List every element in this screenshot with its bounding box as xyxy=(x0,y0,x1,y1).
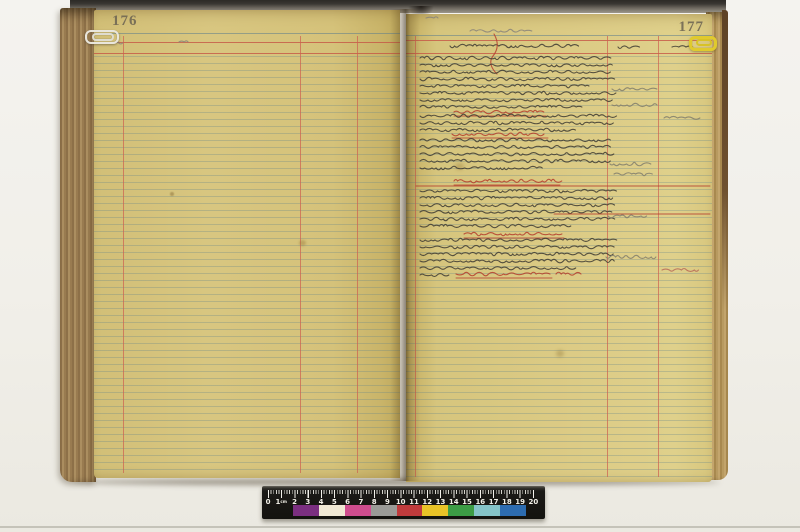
ruler-number: 20 xyxy=(529,498,539,506)
page-number-right: 177 xyxy=(679,19,705,36)
amount-column-line-2 xyxy=(357,36,358,473)
paperclip-wire-inner xyxy=(92,33,114,41)
calibration-color-patch xyxy=(500,505,526,516)
calibration-color-patch xyxy=(474,505,500,516)
calibration-color-patch xyxy=(448,505,474,516)
ruled-lines xyxy=(406,56,712,478)
stain xyxy=(299,240,306,246)
calibration-color-patch xyxy=(293,505,319,516)
ledger-page-right: 177 xyxy=(406,14,712,482)
paperclip-wire-inner xyxy=(696,39,712,46)
ledger-page-left: 176 xyxy=(94,10,400,478)
paperclip-silver xyxy=(85,30,119,44)
calibration-color-patch xyxy=(371,505,397,516)
color-calibration-strip xyxy=(293,505,526,516)
page-number-left: 176 xyxy=(112,13,138,30)
head-rule-blue xyxy=(406,35,712,36)
ruler-number: 0 xyxy=(266,498,271,506)
ruled-lines xyxy=(94,56,400,474)
gutter-shadow xyxy=(390,9,420,481)
paperclip-yellow xyxy=(689,36,717,51)
stain xyxy=(170,192,174,196)
archival-photo: 176 177 01cm2345678910111213141516171819… xyxy=(0,0,800,532)
stain xyxy=(556,350,564,357)
amount-column-line-2 xyxy=(658,36,659,477)
calibration-color-patch xyxy=(397,505,423,516)
book-cover-edge xyxy=(722,10,728,310)
stain xyxy=(455,163,464,170)
head-rule-blue xyxy=(94,33,400,34)
margin-line xyxy=(123,36,124,473)
ruler-cm-ticks xyxy=(268,490,535,498)
head-rule-red-2 xyxy=(406,53,712,54)
head-rule-red-2 xyxy=(94,53,400,54)
calibration-color-patch xyxy=(345,505,371,516)
scale-ruler: 01cm234567891011121314151617181920 xyxy=(262,486,545,519)
head-rule-red-1 xyxy=(94,42,400,43)
calibration-color-patch xyxy=(422,505,448,516)
amount-column-line-1 xyxy=(300,36,301,473)
page-stack-edge-left xyxy=(60,8,96,482)
amount-column-line-1 xyxy=(607,36,608,477)
ruler-number: 1cm xyxy=(276,498,287,506)
head-rule-red-1 xyxy=(406,40,712,41)
calibration-color-patch xyxy=(319,505,345,516)
ruler-unit-label: cm xyxy=(280,499,287,504)
